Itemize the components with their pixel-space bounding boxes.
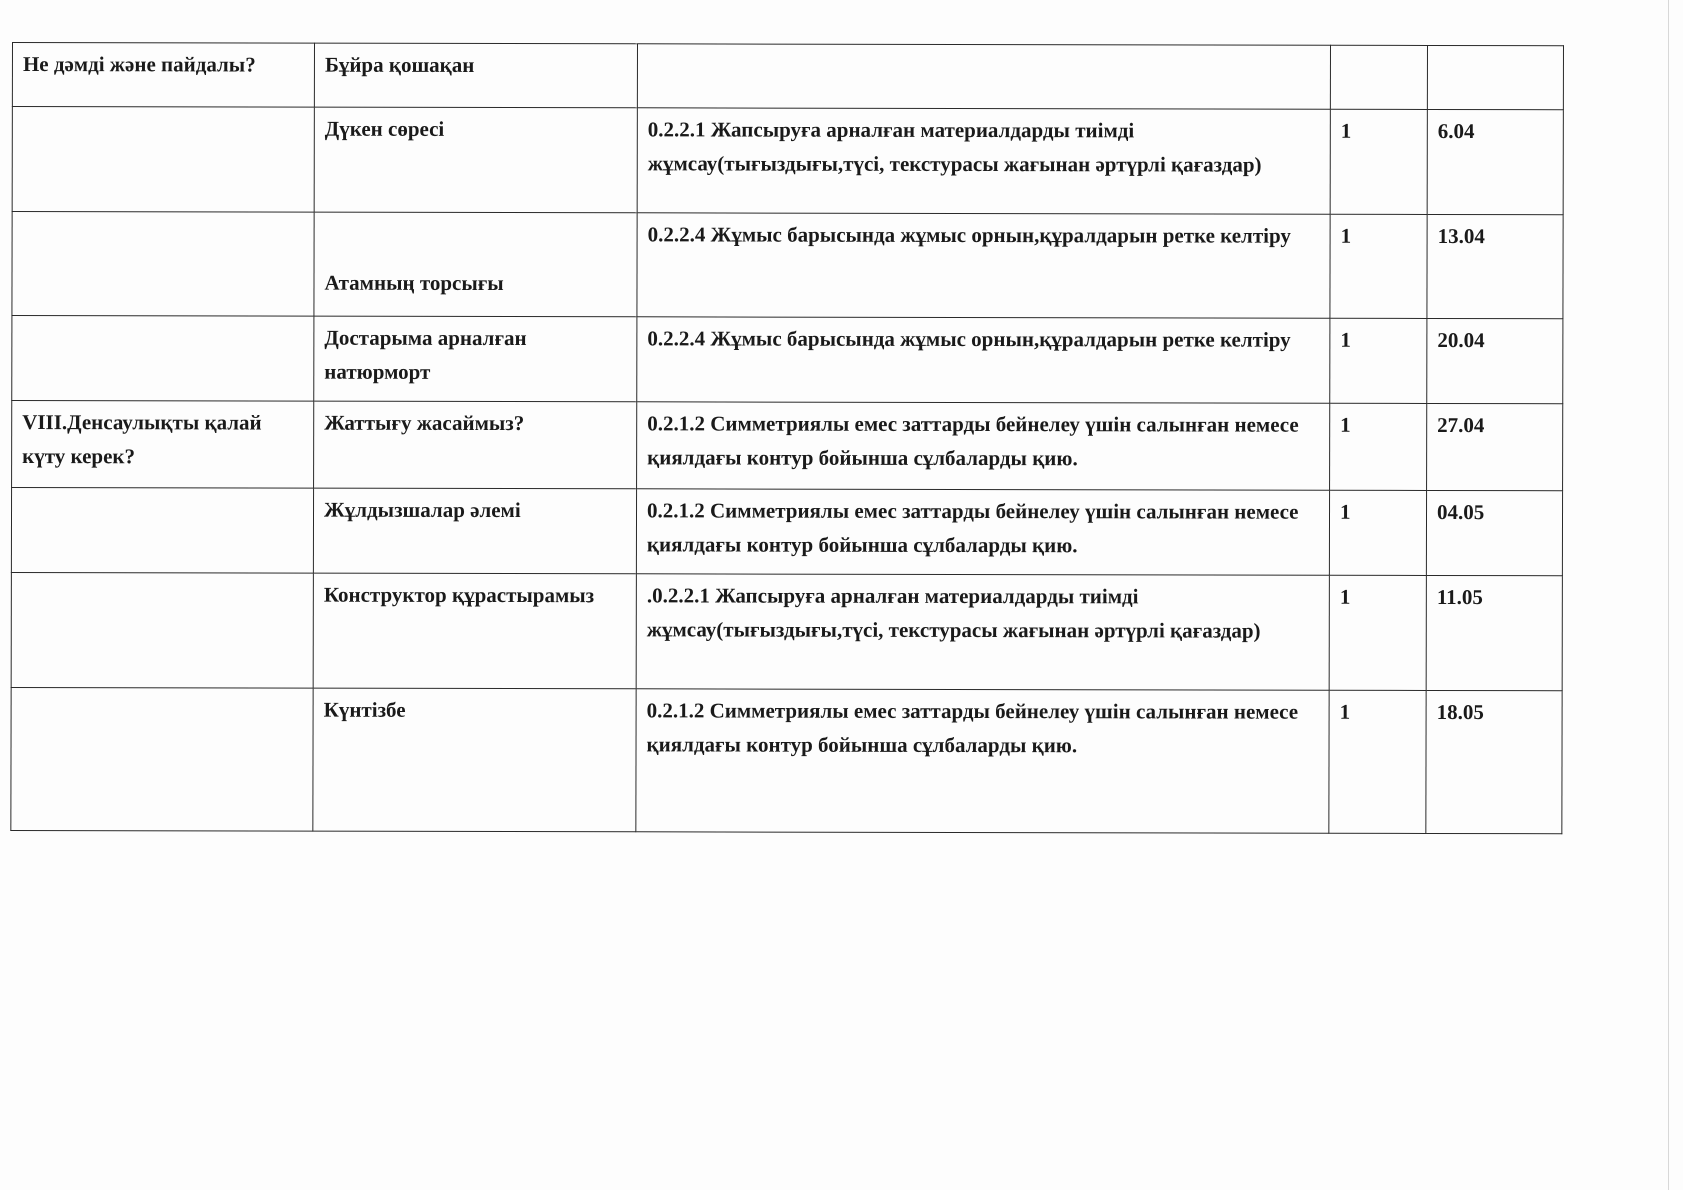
section-cell — [11, 572, 313, 688]
hours-cell: 1 — [1329, 490, 1426, 575]
date-cell: 04.05 — [1426, 490, 1562, 575]
lesson-plan-table: Не дәмді және пайдалы? Бұйра қошақан Дүк… — [10, 42, 1564, 834]
hours-cell: 1 — [1330, 109, 1427, 214]
hours-cell: 1 — [1330, 318, 1427, 403]
topic-cell: Жаттығу жасаймыз? — [314, 401, 637, 489]
objective-cell: 0.2.2.1 Жапсыруға арналған материалдарды… — [637, 108, 1330, 214]
table-row: Достарыма арналған натюрморт 0.2.2.4 Жұм… — [12, 316, 1563, 404]
topic-cell: Жұлдызшалар әлемі — [313, 488, 636, 574]
topic-cell: Конструктор құрастырамыз — [313, 573, 636, 689]
hours-cell: 1 — [1329, 690, 1426, 833]
section-cell — [11, 687, 313, 831]
table-row: Күнтізбе 0.2.1.2 Симметриялы емес заттар… — [11, 687, 1562, 833]
page-edge-line — [1668, 0, 1669, 1190]
objective-cell: 0.2.1.2 Симметриялы емес заттарды бейнел… — [636, 689, 1329, 833]
section-cell — [11, 488, 313, 574]
hours-cell: 1 — [1330, 403, 1427, 490]
section-cell: Не дәмді және пайдалы? — [12, 43, 314, 108]
date-cell: 6.04 — [1427, 109, 1563, 214]
hours-cell — [1330, 45, 1427, 109]
objective-cell: 0.2.2.4 Жұмыс барысында жұмыс орнын,құра… — [637, 317, 1330, 403]
date-cell — [1427, 45, 1563, 109]
topic-cell: Күнтізбе — [313, 688, 636, 832]
hours-cell: 1 — [1329, 575, 1426, 690]
section-cell — [12, 107, 314, 213]
hours-cell: 1 — [1330, 214, 1427, 318]
objective-cell: 0.2.1.2 Симметриялы емес заттарды бейнел… — [637, 402, 1330, 490]
topic-cell: Атамның торсығы — [314, 212, 637, 317]
objective-cell: 0.2.2.4 Жұмыс барысында жұмыс орнын,құра… — [637, 213, 1330, 318]
date-cell: 13.04 — [1427, 214, 1563, 318]
section-cell — [12, 212, 314, 317]
topic-cell: Дүкен сөресі — [314, 107, 637, 213]
objective-cell — [637, 44, 1330, 109]
date-cell: 20.04 — [1427, 318, 1563, 403]
topic-cell: Достарыма арналған натюрморт — [314, 316, 637, 402]
table-row: VIII.Денсаулықты қалай күту керек? Жатты… — [12, 401, 1563, 491]
topic-cell: Бұйра қошақан — [314, 43, 637, 108]
table-row: Дүкен сөресі 0.2.2.1 Жапсыруға арналған … — [12, 107, 1563, 215]
table-row: Не дәмді және пайдалы? Бұйра қошақан — [12, 43, 1563, 110]
date-cell: 11.05 — [1426, 575, 1562, 690]
table-row: Конструктор құрастырамыз .0.2.2.1 Жапсыр… — [11, 572, 1562, 690]
objective-cell: .0.2.2.1 Жапсыруға арналған материалдард… — [636, 574, 1329, 690]
section-cell — [12, 316, 314, 402]
date-cell: 27.04 — [1427, 403, 1563, 490]
table-row: Жұлдызшалар әлемі 0.2.1.2 Симметриялы ем… — [11, 488, 1562, 576]
objective-cell: 0.2.1.2 Симметриялы емес заттарды бейнел… — [636, 489, 1329, 575]
date-cell: 18.05 — [1426, 690, 1562, 833]
table-row: Атамның торсығы 0.2.2.4 Жұмыс барысында … — [12, 212, 1563, 319]
section-cell: VIII.Денсаулықты қалай күту керек? — [12, 401, 314, 489]
